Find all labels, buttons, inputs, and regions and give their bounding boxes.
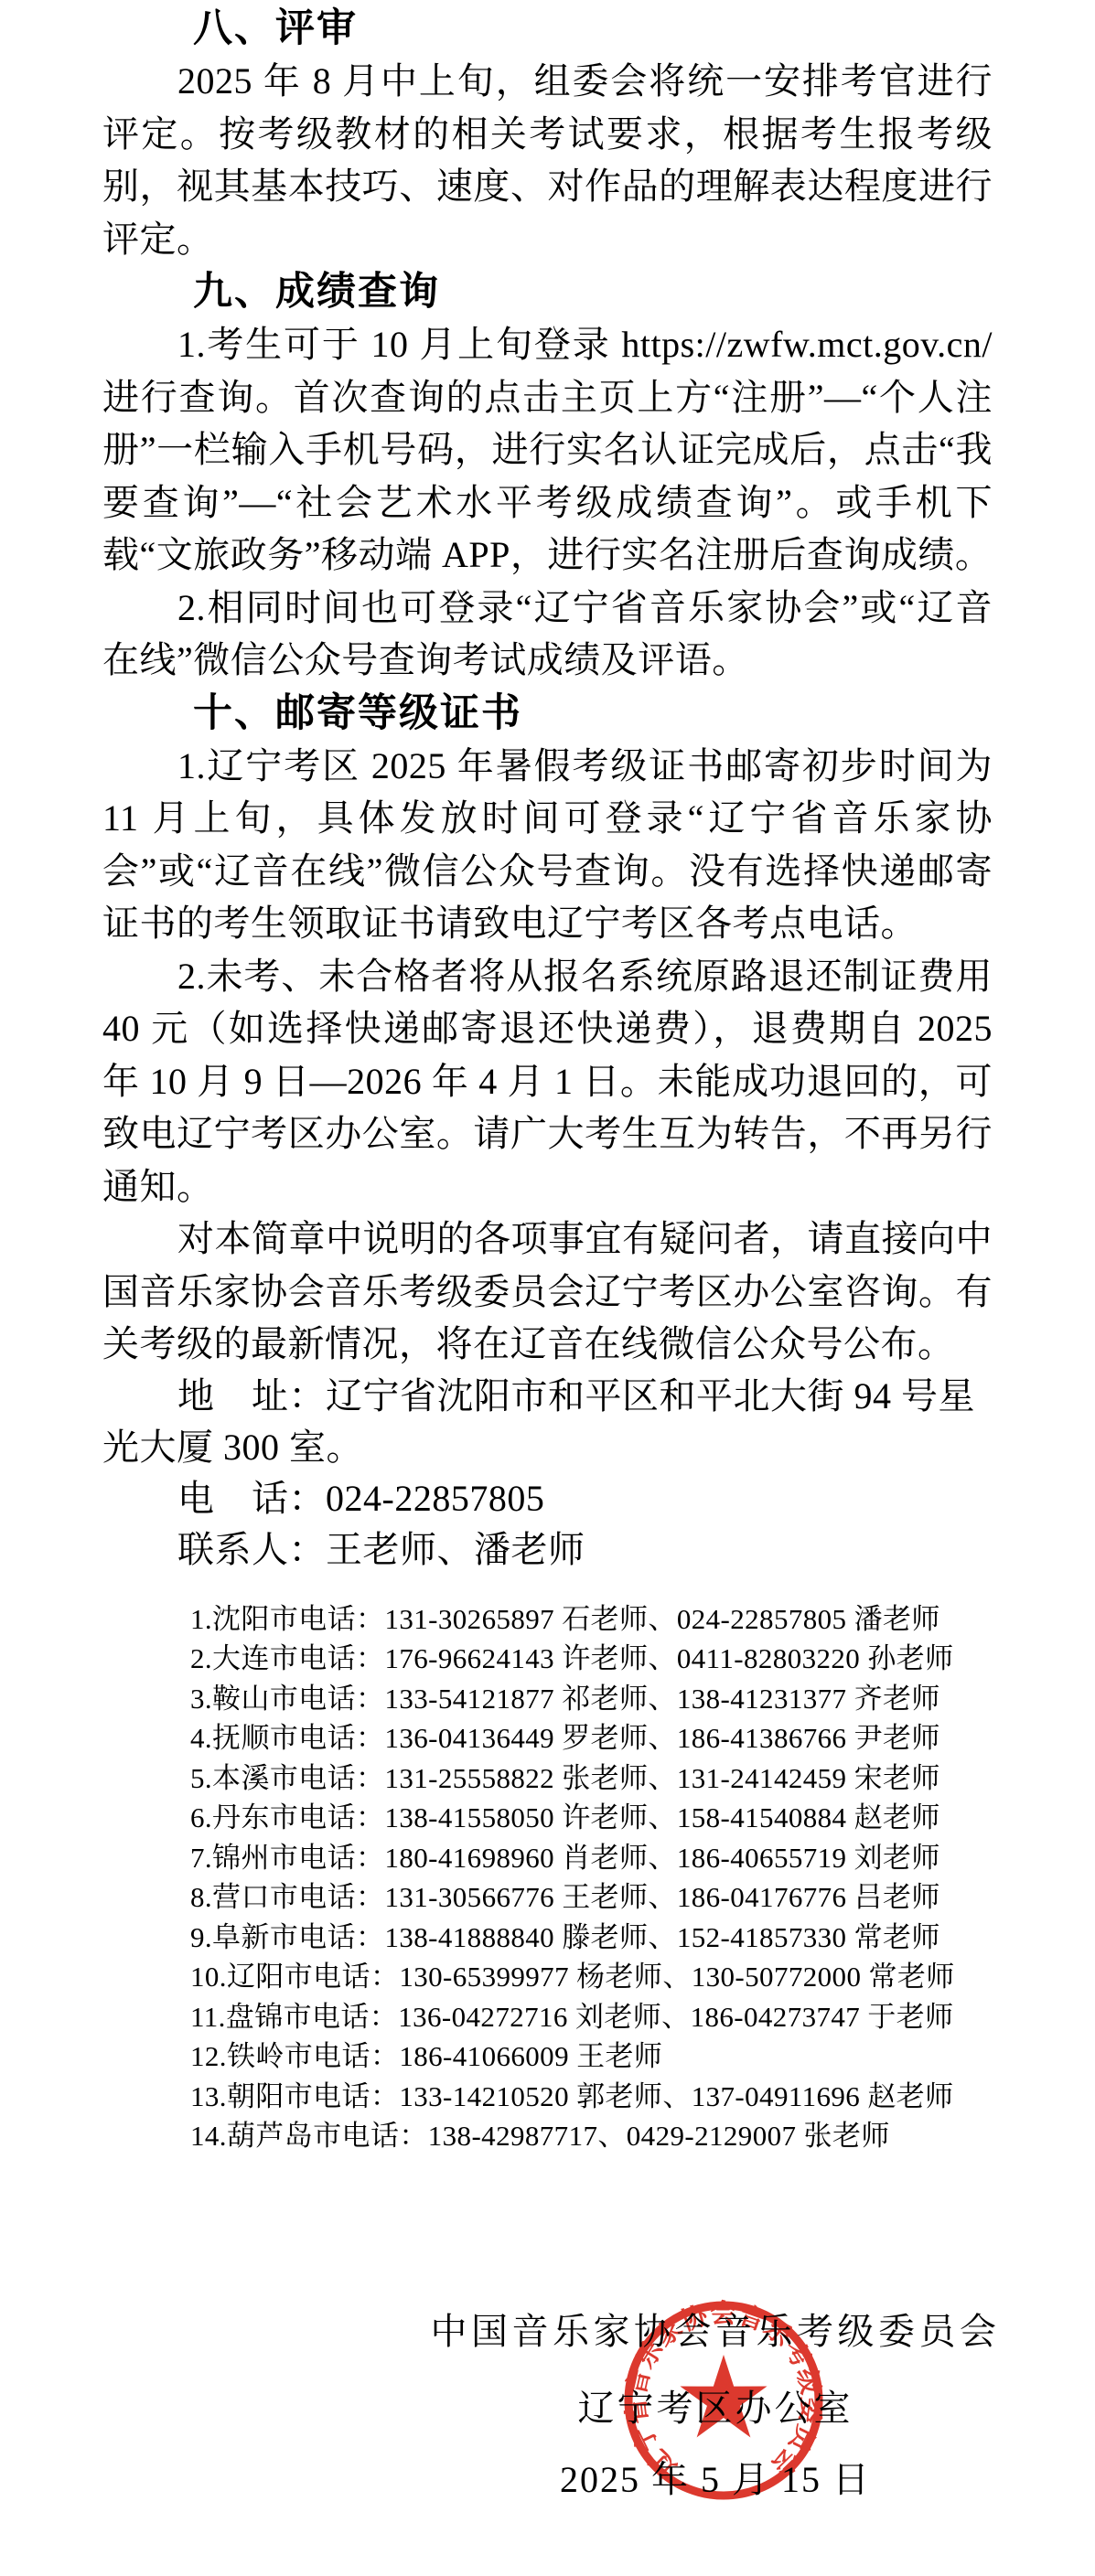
phone-list-item: 14.葫芦岛市电话：138-42987717、0429-2129007 张老师 (190, 2116, 993, 2156)
phone-list-item: 12.铁岭市电话：186-41066009 王老师 (190, 2036, 993, 2077)
document-body: 八、评审 2025 年 8 月中上旬，组委会将统一安排考官进行评定。按考级教材的… (0, 0, 1095, 2156)
phone-list-item: 11.盘锦市电话：136-04272716 刘老师、186-04273747 于… (190, 1997, 993, 2037)
phone-list-item: 7.锦州市电话：180-41698960 肖老师、186-40655719 刘老… (190, 1838, 993, 1878)
phone-list-item: 3.鞍山市电话：133-54121877 祁老师、138-41231377 齐老… (190, 1679, 993, 1719)
paragraph-certificate-2: 2.未考、未合格者将从报名系统原路退还制证费用 40 元（如选择快递邮寄退还快递… (102, 950, 993, 1213)
phone-line: 电 话：024-22857805 (102, 1473, 993, 1524)
phone-list-item: 10.辽阳市电话：130-65399977 杨老师、130-50772000 常… (190, 1957, 993, 1997)
paragraph-score-inquiry-2: 2.相同时间也可登录“辽宁省音乐家协会”或“辽音在线”微信公众号查询考试成绩及评… (102, 582, 993, 687)
phone-list-item: 13.朝阳市电话：133-14210520 郭老师、137-04911696 赵… (190, 2077, 993, 2117)
signature-organization: 中国音乐家协会音乐考级委员会 (304, 2310, 1095, 2354)
contact-phone-list: 1.沈阳市电话：131-30265897 石老师、024-22857805 潘老… (190, 1599, 993, 2156)
address-line: 地 址：辽宁省沈阳市和平区和平北大街 94 号星光大厦 300 室。 (102, 1371, 993, 1473)
contact-person-line: 联系人：王老师、潘老师 (102, 1524, 993, 1576)
phone-list-item: 5.本溪市电话：131-25558822 张老师、131-24142459 宋老… (190, 1758, 993, 1799)
paragraph-score-inquiry-1: 1.考生可于 10 月上旬登录 https://zwfw.mct.gov.cn/… (102, 318, 993, 582)
phone-list-item: 2.大连市电话：176-96624143 许老师、0411-82803220 孙… (190, 1639, 993, 1679)
phone-list-item: 8.营口市电话：131-30566776 王老师、186-04176776 吕老… (190, 1877, 993, 1918)
signature-block: 中国音乐家协会音乐考级委员会 辽宁考区办公室 2025 年 5 月 15 日 (304, 2310, 1095, 2502)
heading-section-10-certificate-mailing: 十、邮寄等级证书 (193, 687, 993, 740)
phone-list-item: 1.沈阳市电话：131-30265897 石老师、024-22857805 潘老… (190, 1599, 993, 1640)
heading-section-8-review: 八、评审 (193, 2, 993, 55)
phone-list-item: 9.阜新市电话：138-41888840 滕老师、152-41857330 常老… (190, 1918, 993, 1958)
phone-list-item: 6.丹东市电话：138-41558050 许老师、158-41540884 赵老… (190, 1798, 993, 1838)
paragraph-review: 2025 年 8 月中上旬，组委会将统一安排考官进行评定。按考级教材的相关考试要… (102, 55, 993, 265)
paragraph-certificate-1: 1.辽宁考区 2025 年暑假考级证书邮寄初步时间为 11 月上旬，具体发放时间… (102, 740, 993, 950)
paragraph-questions-contact: 对本简章中说明的各项事宜有疑问者，请直接向中国音乐家协会音乐考级委员会辽宁考区办… (102, 1213, 993, 1371)
phone-list-item: 4.抚顺市电话：136-04136449 罗老师、186-41386766 尹老… (190, 1718, 993, 1758)
heading-section-9-score-inquiry: 九、成绩查询 (193, 265, 993, 318)
signature-date: 2025 年 5 月 15 日 (304, 2458, 1095, 2502)
document-page: { "doc": { "heading_8": "八、评审", "para_re… (0, 0, 1095, 2576)
signature-office: 辽宁考区办公室 (304, 2387, 1095, 2431)
